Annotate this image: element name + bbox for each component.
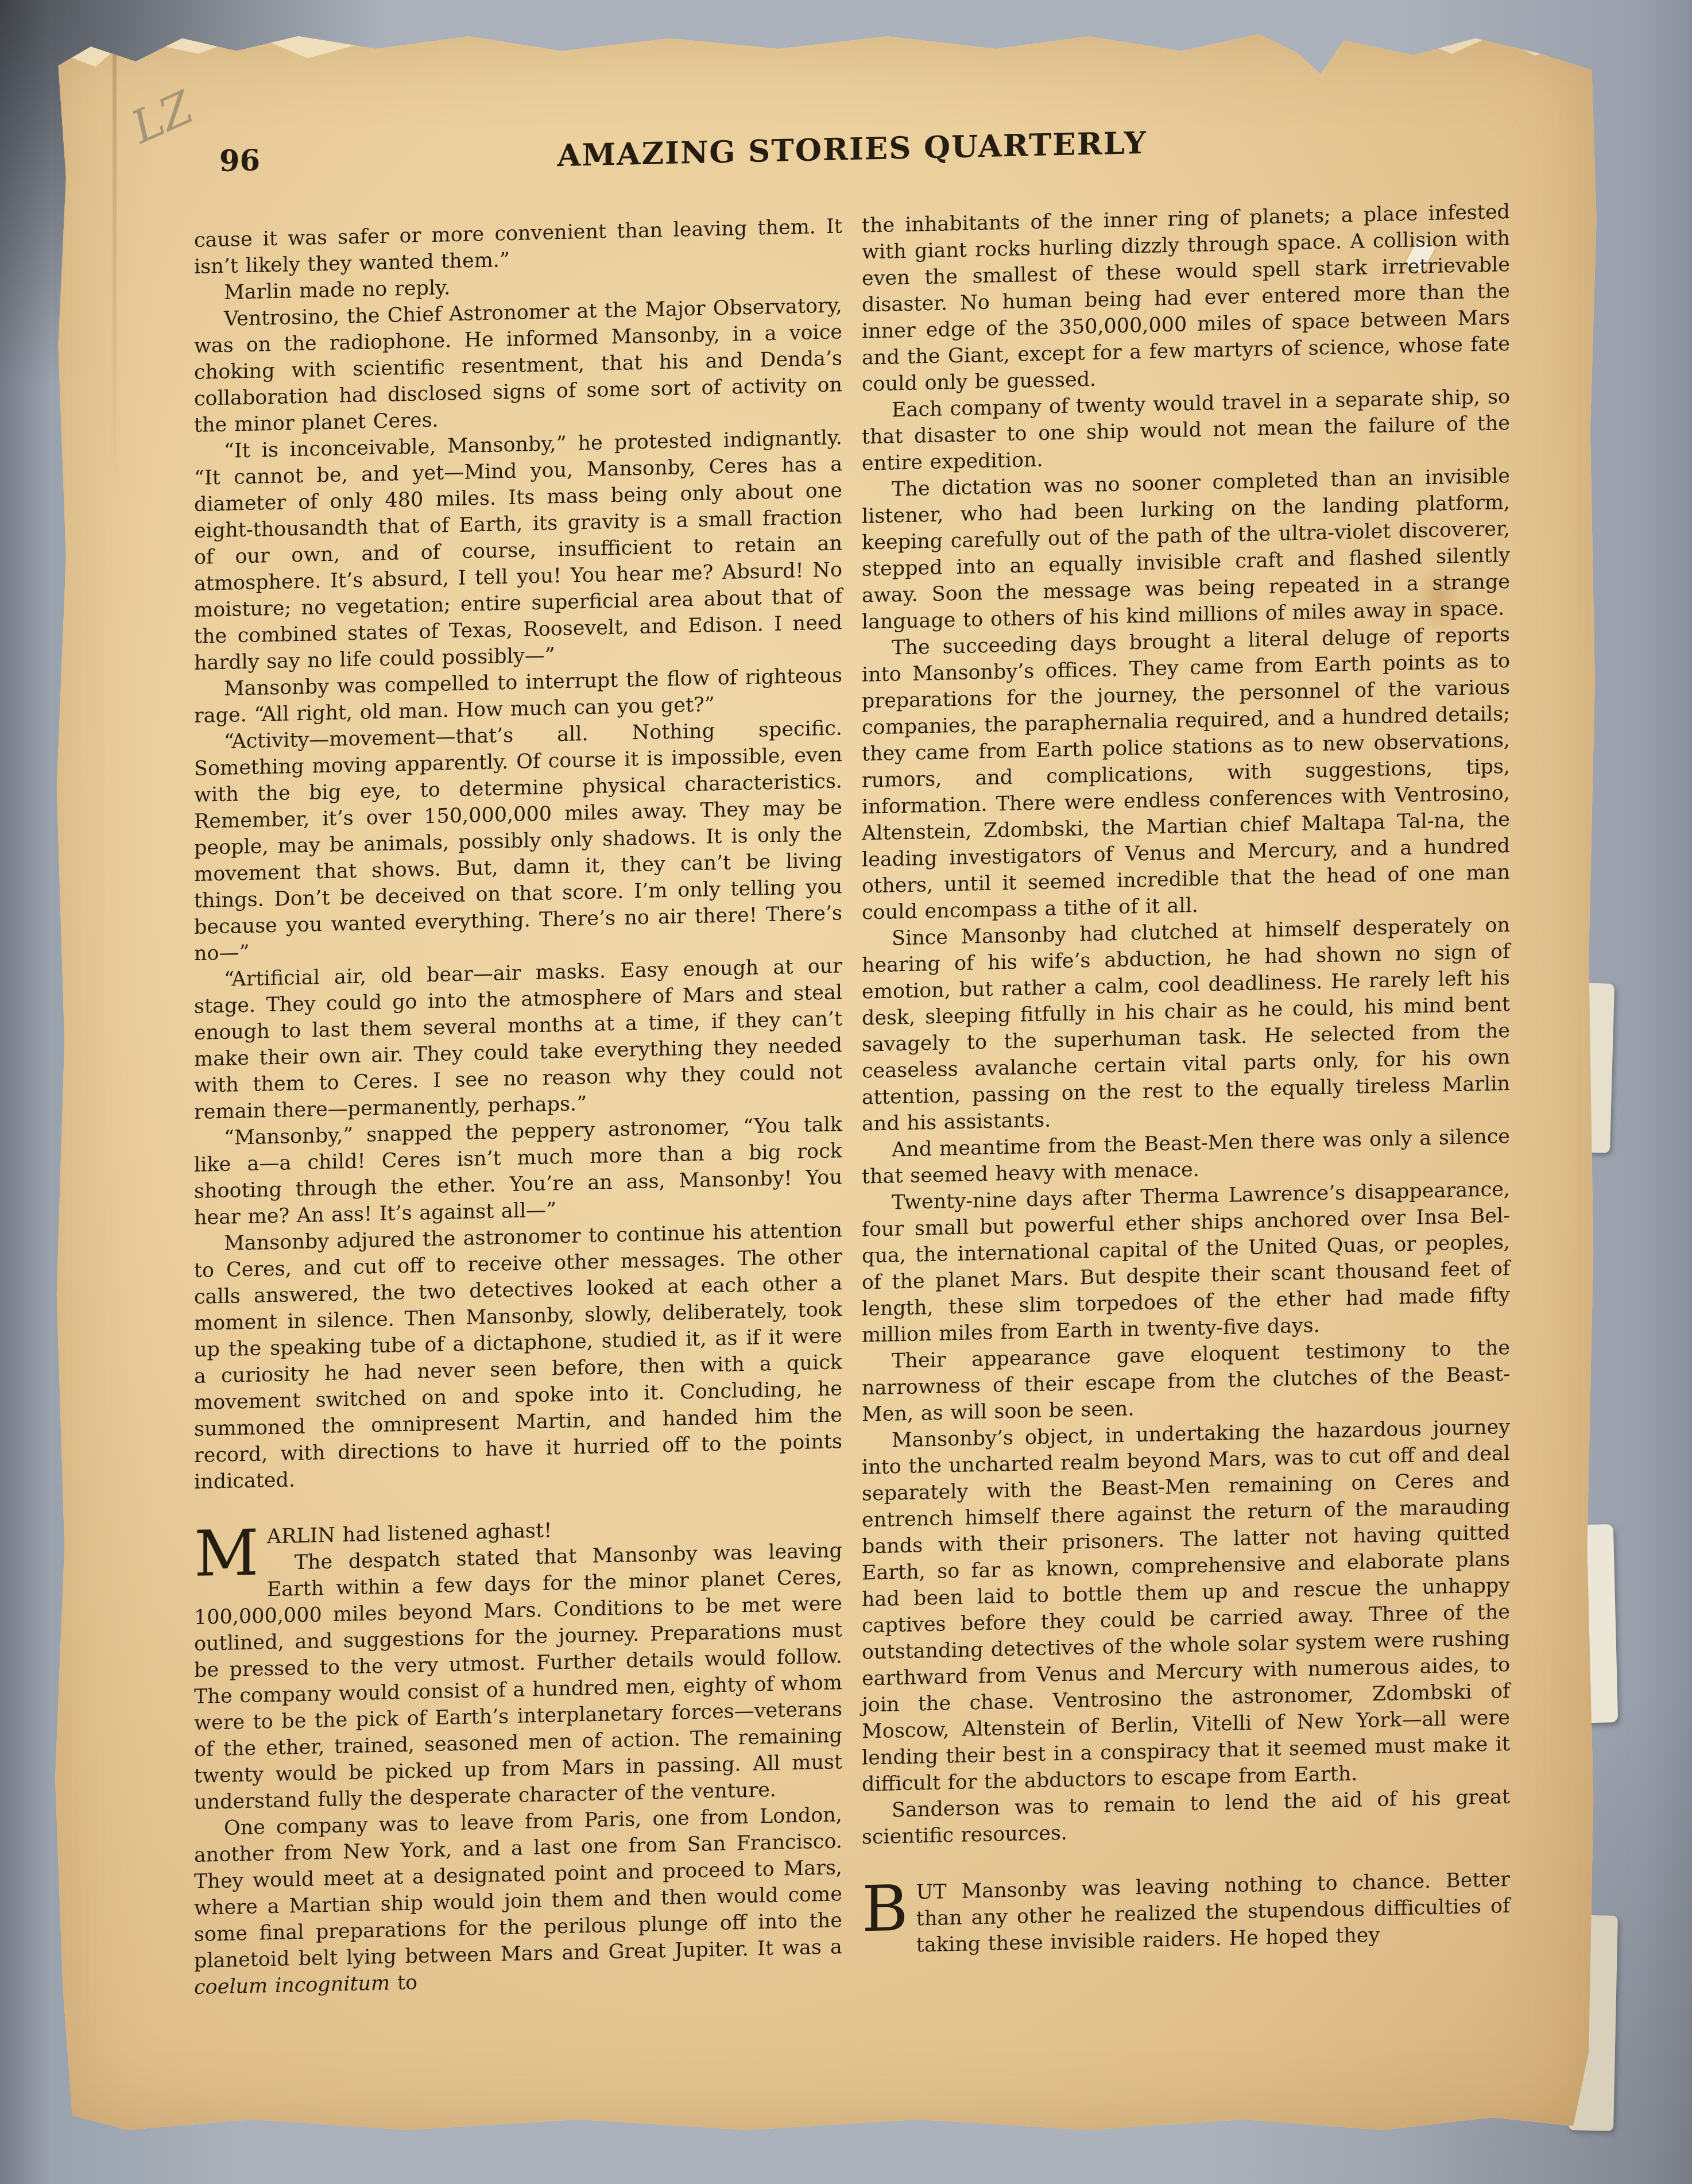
paragraph: Ventrosino, the Chief Astronomer at the … <box>194 292 842 439</box>
right-column: the inhabitants of the inner ring of pla… <box>862 199 1510 1986</box>
page-number: 96 <box>219 143 260 179</box>
paragraph-text: The despatch stated that Mansonby was le… <box>194 1539 842 1814</box>
running-head: 96 AMAZING STORIES QUARTERLY <box>194 108 1510 206</box>
paragraph: Since Mansonby had clutched at himself d… <box>862 912 1510 1138</box>
paragraph: Twenty-nine days after Therma Lawrence’s… <box>862 1176 1510 1349</box>
fold-crease <box>113 30 117 501</box>
paragraph: the inhabitants of the inner ring of pla… <box>862 199 1510 398</box>
paragraph: Each company of twenty would travel in a… <box>862 384 1510 477</box>
magazine-page: LZ 96 AMAZING STORIES QUARTERLY cause it… <box>51 30 1600 2136</box>
torn-corner-top-right <box>1410 30 1600 116</box>
latin-phrase: coelum incognitum <box>194 1972 390 1999</box>
paragraph: “Mansonby,” snapped the peppery astronom… <box>194 1111 842 1231</box>
left-column: cause it was safer or more convenient th… <box>194 213 842 2001</box>
dropcap-letter: M <box>194 1524 267 1579</box>
dropcap-letter: B <box>862 1880 916 1935</box>
pencil-mark: LZ <box>124 82 200 153</box>
paragraph-text: UT Mansonby was leaving nothing to chanc… <box>916 1868 1510 1957</box>
paragraph: Their appearance gave eloquent testimony… <box>862 1335 1510 1428</box>
magazine-title: AMAZING STORIES QUARTERLY <box>194 108 1510 181</box>
paragraph: “Activity—movement—that’s all. Nothing s… <box>194 715 842 967</box>
text-columns: cause it was safer or more convenient th… <box>194 199 1510 2001</box>
paragraph-text: to <box>390 1972 417 1995</box>
paragraph-dropcap-marlin: MARLIN had listened aghast! The despatch… <box>194 1511 842 1816</box>
paragraph-dropcap-but: BUT Mansonby was leaving nothing to chan… <box>862 1866 1510 1960</box>
paragraph: “Artificial air, old bear—air masks. Eas… <box>194 953 842 1126</box>
paragraph-text: One company was to leave from Paris, one… <box>194 1803 842 1973</box>
paragraph: The succeeding days brought a literal de… <box>862 621 1510 926</box>
paragraph: Mansonby’s object, in undertaking the ha… <box>862 1414 1510 1798</box>
paragraph: Mansonby adjured the astronomer to conti… <box>194 1217 842 1495</box>
torn-corner-top-left <box>51 30 372 139</box>
paragraph: “It is inconceivable, Mansonby,” he prot… <box>194 424 842 677</box>
page-content: 96 AMAZING STORIES QUARTERLY cause it wa… <box>194 108 1510 2001</box>
paragraph: The dictation was no sooner completed th… <box>862 463 1510 636</box>
paragraph-with-italic: One company was to leave from Paris, one… <box>194 1802 842 2001</box>
dropcap-first-line: ARLIN had listened aghast! <box>267 1519 552 1548</box>
